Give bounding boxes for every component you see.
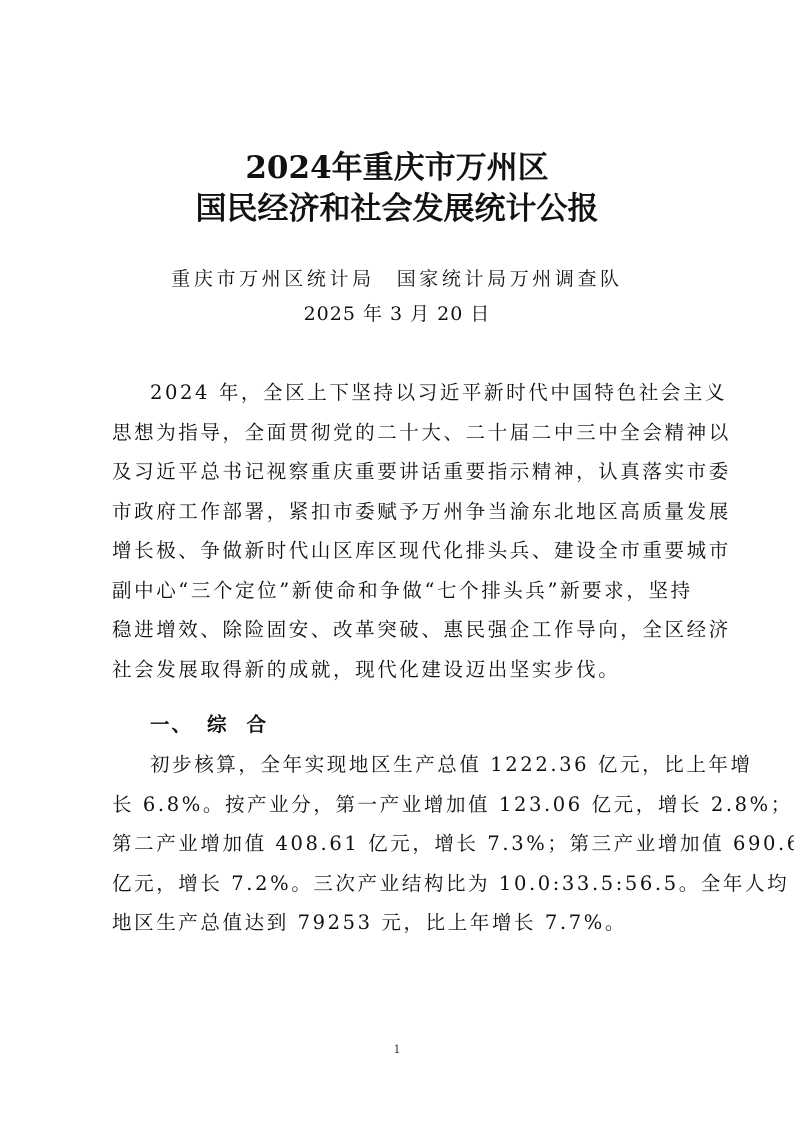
issuing-organizations: 重庆市万州区统计局国家统计局万州调查队 (0, 264, 794, 291)
section-heading-overview: 一、综合 (150, 709, 268, 737)
intro-paragraph-line: 社会发展取得新的成就，现代化建设迈出坚实步伐。 (112, 654, 684, 682)
document-page: 2024年重庆市万州区 国民经济和社会发展统计公报 重庆市万州区统计局国家统计局… (0, 0, 794, 1123)
section-paragraph-line: 第二产业增加值 408.61 亿元，增长 7.3%；第三产业增加值 690.68 (112, 828, 684, 856)
document-title-line-2: 国民经济和社会发展统计公报 (0, 183, 794, 228)
intro-paragraph-line: 副中心“三个定位”新使命和争做“七个排头兵”新要求，坚持 (112, 575, 684, 603)
section-paragraph-line: 地区生产总值达到 79253 元，比上年增长 7.7%。 (112, 907, 684, 935)
section-number: 一、 (150, 713, 193, 736)
section-paragraph-line: 长 6.8%。按产业分，第一产业增加值 123.06 亿元，增长 2.8%； (112, 789, 684, 817)
intro-paragraph-line: 及习近平总书记视察重庆重要讲话重要指示精神，认真落实市委 (112, 456, 684, 484)
issuer-statistics-bureau: 重庆市万州区统计局 (171, 268, 374, 290)
intro-paragraph-line: 稳进增效、除险固安、改革突破、惠民强企工作导向，全区经济 (112, 614, 684, 642)
section-paragraph-line: 亿元，增长 7.2%。三次产业结构比为 10.0:33.5:56.5。全年人均 (112, 868, 684, 896)
section-paragraph-line: 初步核算，全年实现地区生产总值 1222.36 亿元，比上年增 (150, 749, 684, 777)
page-number: 1 (0, 1043, 794, 1056)
intro-paragraph-line: 2024 年，全区上下坚持以习近平新时代中国特色社会主义 (150, 377, 684, 405)
section-title-char: 合 (247, 713, 269, 736)
intro-paragraph-line: 市政府工作部署，紧扣市委赋予万州争当渝东北地区高质量发展 (112, 496, 684, 524)
intro-paragraph-line: 思想为指导，全面贯彻党的二十大、二十届二中三中全会精神以 (112, 417, 684, 445)
issuer-survey-team: 国家统计局万州调查队 (397, 268, 623, 290)
intro-paragraph-line: 增长极、争做新时代山区库区现代化排头兵、建设全市重要城市 (112, 535, 684, 563)
section-title-char: 综 (207, 713, 229, 736)
document-title-line-1: 2024年重庆市万州区 (0, 142, 794, 187)
publication-date: 2025 年 3 月 20 日 (0, 299, 794, 326)
